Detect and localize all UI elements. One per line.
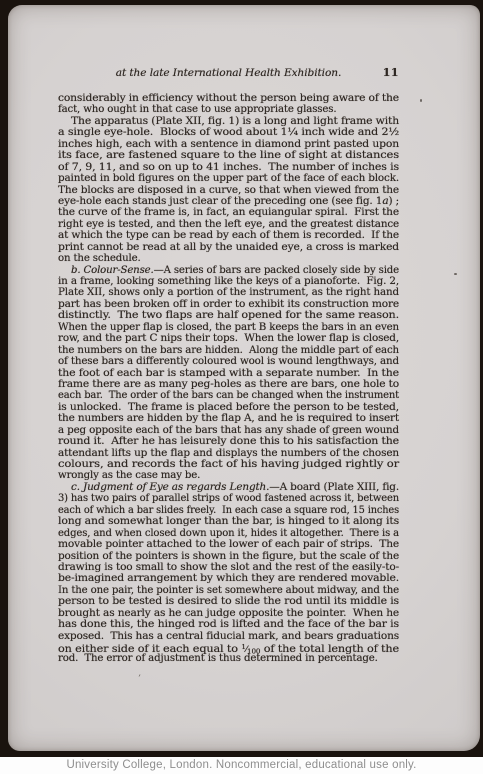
- running-title: at the late International Health Exhibit…: [58, 67, 399, 79]
- text-line: row, and the part C nips their tops. Whe…: [58, 333, 399, 344]
- text-line: eye-hole each stands just clear of the p…: [58, 196, 399, 207]
- text-line: movable pointer attached to the lower of…: [58, 539, 399, 550]
- text-line: each bar. The order of the bars can be c…: [58, 390, 399, 401]
- text-line: the curve of the frame is, in fact, an e…: [58, 207, 399, 218]
- text-line: c. Judgment of Eye as regards Length.—A …: [58, 482, 399, 493]
- printer-mark: ʼ: [138, 675, 141, 683]
- text-line: The blocks are disposed in a curve, so t…: [58, 185, 399, 196]
- text-line: has done this, the hinged rod is lifted …: [58, 619, 399, 630]
- text-line: right eye is tested, and then the left e…: [58, 219, 399, 230]
- text-line: brought as nearly as he can judge opposi…: [58, 608, 399, 619]
- text-line: Plate XII, shows only a portion of the i…: [58, 287, 399, 298]
- text-line: painted in bold figures on the upper par…: [58, 173, 399, 184]
- text-line: long and somewhat longer than the bar, i…: [58, 516, 399, 527]
- text-line: exposed. This has a central fiducial mar…: [58, 631, 399, 642]
- text-line: fact, who ought in that case to use appr…: [58, 104, 399, 115]
- text-line: The apparatus (Plate XII, fig. 1) is a l…: [58, 116, 399, 127]
- text-line: on either side of it each equal to 1⁄100…: [58, 642, 399, 653]
- scanned-page: at the late International Health Exhibit…: [8, 5, 480, 751]
- text-line: b. Colour-Sense.—A series of bars are pa…: [58, 265, 399, 276]
- text-line: part has been broken off in order to exh…: [58, 299, 399, 310]
- text-line: colours, and records the fact of his hav…: [58, 459, 399, 470]
- page-number: 11: [383, 66, 399, 79]
- running-head: at the late International Health Exhibit…: [58, 67, 399, 81]
- text-line: a single eye-hole. Blocks of wood about …: [58, 127, 399, 138]
- text-line: wrongly as the case may be.: [58, 470, 399, 481]
- text-line: When the upper flap is closed, the part …: [58, 322, 399, 333]
- caption-strip: University College, London. Noncommercia…: [0, 757, 483, 774]
- text-line: round it. After he has leisurely done th…: [58, 436, 399, 447]
- text-line: person to be tested is desired to slide …: [58, 596, 399, 607]
- text-line: drawing is too small to show the slot an…: [58, 562, 399, 573]
- text-line: the numbers are hidden by the flap A, an…: [58, 413, 399, 424]
- text-line: frame there are as many peg-holes as the…: [58, 379, 399, 390]
- body-text: considerably in efficiency without the p…: [58, 93, 399, 665]
- text-line: is unlocked. The frame is placed before …: [58, 402, 399, 413]
- text-line: at which the type can be read by each of…: [58, 230, 399, 241]
- text-line: attendant lifts up the flap and displays…: [58, 448, 399, 459]
- text-line: inches high, each with a sentence in dia…: [58, 139, 399, 150]
- text-line: a peg opposite each of the bars that has…: [58, 425, 399, 436]
- text-line: of these bars a differently coloured woo…: [58, 356, 399, 367]
- dust-speck: [420, 99, 422, 102]
- text-line: of 7, 9, 11, and so on up to 41 inches. …: [58, 162, 399, 173]
- text-line: its face, are fastened square to the lin…: [58, 150, 399, 161]
- dust-speck: [454, 273, 457, 275]
- scan-photo: at the late International Health Exhibit…: [0, 0, 483, 774]
- text-line: each of which a bar slides freely. In ea…: [58, 505, 399, 516]
- text-line: the numbers on the bars are hidden. Alon…: [58, 345, 399, 356]
- library-caption: University College, London. Noncommercia…: [0, 757, 483, 774]
- text-line: print cannot be read at all by the unaid…: [58, 242, 399, 253]
- text-line: on the schedule.: [58, 253, 399, 264]
- text-line: in a frame, looking something like the k…: [58, 276, 399, 287]
- text-line: position of the pointers is shown in the…: [58, 551, 399, 562]
- text-line: 3) has two pairs of parallel strips of w…: [58, 493, 399, 504]
- text-line: distinctly. The two flaps are half opene…: [58, 310, 399, 321]
- text-line: considerably in efficiency without the p…: [58, 93, 399, 104]
- text-line: the foot of each bar is stamped with a s…: [58, 368, 399, 379]
- text-line: be-imagined arrangement by which they ar…: [58, 573, 399, 584]
- text-line: In the one pair, the pointer is set some…: [58, 585, 399, 596]
- text-line: edges, and when closed down upon it, hid…: [58, 528, 399, 539]
